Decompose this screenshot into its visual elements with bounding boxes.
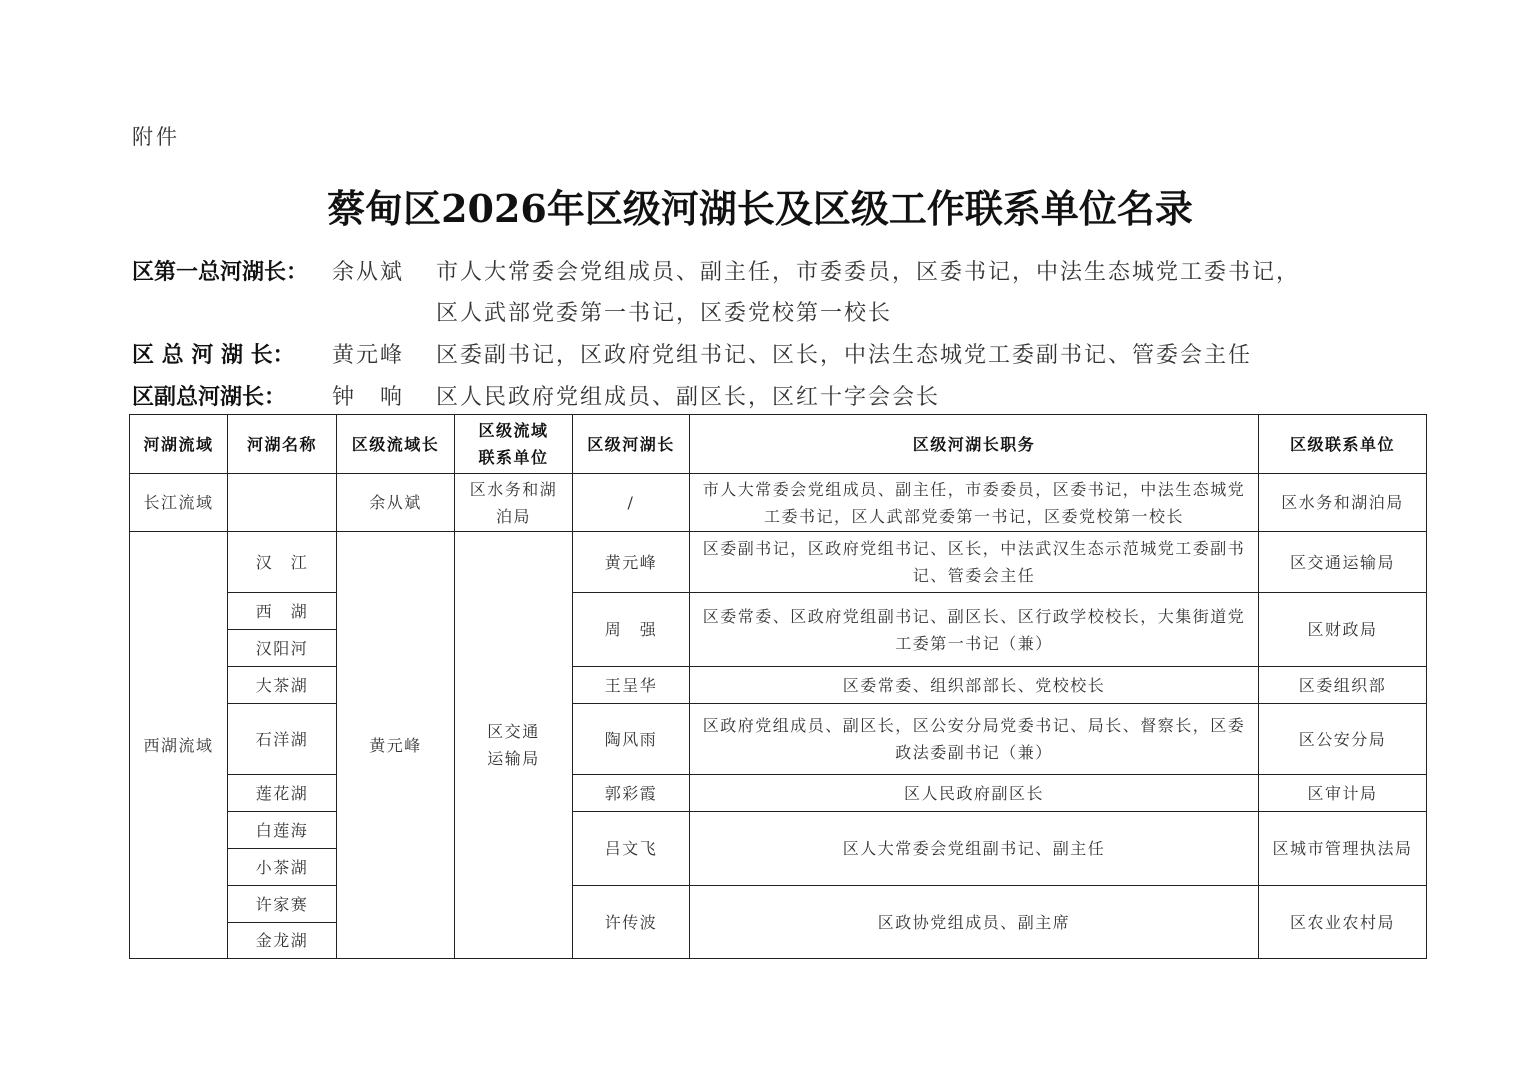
cell-unit: 区交通运输局 xyxy=(1259,532,1427,593)
cell-duty: 区政协党组成员、副主席 xyxy=(690,886,1259,959)
cell-chief: 黄元峰 xyxy=(573,532,690,593)
table-header-row: 河湖流域 河湖名称 区级流域长 区级流域联系单位 区级河湖长 区级河湖长职务 区… xyxy=(130,415,1427,474)
cell-unit: 区委组织部 xyxy=(1259,667,1427,704)
header-river: 河湖名称 xyxy=(228,415,337,474)
table-row: 石洋湖 陶风雨 区政府党组成员、副区长，区公安分局党委书记、局长、督察长，区委政… xyxy=(130,704,1427,775)
table-row: 莲花湖 郭彩霞 区人民政府副区长 区审计局 xyxy=(130,775,1427,812)
cell-basin-chief: 余从斌 xyxy=(337,474,455,532)
cell-duty: 市人大常委会党组成员、副主任，市委委员，区委书记，中法生态城党工委书记，区人武部… xyxy=(690,474,1259,532)
chief-first: 区第一总河湖长：余从斌市人大常委会党组成员、副主任，市委委员，区委书记，中法生态… xyxy=(132,252,1300,334)
cell-basin-unit: 区水务和湖泊局 xyxy=(455,474,573,532)
chief-name: 余从斌 xyxy=(332,252,436,293)
cell-river: 西 湖 xyxy=(228,593,337,630)
cell-duty: 区政府党组成员、副区长，区公安分局党委书记、局长、督察长，区委政法委副书记（兼） xyxy=(690,704,1259,775)
cell-chief: 陶风雨 xyxy=(573,704,690,775)
header-basin-unit-line1: 区级流域 xyxy=(478,421,548,440)
cell-river: 许家赛 xyxy=(228,886,337,923)
cell-basin: 西湖流域 xyxy=(130,532,228,959)
cell-basin-unit: 区交通运输局 xyxy=(455,532,573,959)
chief-label: 区副总河湖长： xyxy=(132,377,332,418)
cell-river: 大茶湖 xyxy=(228,667,337,704)
chief-general: 区 总 河 湖 长：黄元峰区委副书记，区政府党组书记、区长，中法生态城党工委副书… xyxy=(132,335,1252,376)
cell-duty: 区人大常委会党组副书记、副主任 xyxy=(690,812,1259,886)
table-row: 大茶湖 王呈华 区委常委、组织部部长、党校校长 区委组织部 xyxy=(130,667,1427,704)
cell-chief: 吕文飞 xyxy=(573,812,690,886)
cell-duty: 区委副书记，区政府党组书记、区长，中法武汉生态示范城党工委副书记、管委会主任 xyxy=(690,532,1259,593)
attachment-label: 附件 xyxy=(132,121,180,151)
chief-name: 黄元峰 xyxy=(332,335,436,376)
table-row: 长江流域 余从斌 区水务和湖泊局 / 市人大常委会党组成员、副主任，市委委员，区… xyxy=(130,474,1427,532)
header-basin-unit: 区级流域联系单位 xyxy=(455,415,573,474)
chief-label: 区 总 河 湖 长： xyxy=(132,335,332,376)
cell-unit: 区水务和湖泊局 xyxy=(1259,474,1427,532)
chief-duty-cont: 区人武部党委第一书记，区委党校第一校长 xyxy=(132,293,1300,334)
table-row: 西湖流域 汉 江 黄元峰 区交通运输局 黄元峰 区委副书记，区政府党组书记、区长… xyxy=(130,532,1427,593)
cell-duty: 区委常委、组织部部长、党校校长 xyxy=(690,667,1259,704)
cell-unit: 区公安分局 xyxy=(1259,704,1427,775)
cell-chief: 许传波 xyxy=(573,886,690,959)
cell-chief: 王呈华 xyxy=(573,667,690,704)
cell-duty: 区委常委、区政府党组副书记、副区长、区行政学校校长，大集街道党工委第一书记（兼） xyxy=(690,593,1259,667)
cell-unit: 区农业农村局 xyxy=(1259,886,1427,959)
cell-river: 汉阳河 xyxy=(228,630,337,667)
header-duty: 区级河湖长职务 xyxy=(690,415,1259,474)
header-unit: 区级联系单位 xyxy=(1259,415,1427,474)
cell-unit: 区审计局 xyxy=(1259,775,1427,812)
cell-chief: 周 强 xyxy=(573,593,690,667)
cell-river xyxy=(228,474,337,532)
cell-river: 白莲海 xyxy=(228,812,337,849)
cell-duty: 区人民政府副区长 xyxy=(690,775,1259,812)
chief-duty: 区委副书记，区政府党组书记、区长，中法生态城党工委副书记、管委会主任 xyxy=(436,343,1252,368)
roster-table: 河湖流域 河湖名称 区级流域长 区级流域联系单位 区级河湖长 区级河湖长职务 区… xyxy=(129,414,1427,959)
header-chief: 区级河湖长 xyxy=(573,415,690,474)
chief-deputy: 区副总河湖长：钟 响区人民政府党组成员、副区长，区红十字会会长 xyxy=(132,377,940,418)
cell-basin: 长江流域 xyxy=(130,474,228,532)
chief-duty: 市人大常委会党组成员、副主任，市委委员，区委书记，中法生态城党工委书记， xyxy=(436,260,1300,285)
header-basin-unit-line2: 联系单位 xyxy=(478,448,548,467)
header-basin-chief: 区级流域长 xyxy=(337,415,455,474)
chief-name: 钟 响 xyxy=(332,377,436,418)
table-row: 许家赛 许传波 区政协党组成员、副主席 区农业农村局 xyxy=(130,886,1427,923)
cell-unit: 区财政局 xyxy=(1259,593,1427,667)
header-basin: 河湖流域 xyxy=(130,415,228,474)
table-row: 西 湖 周 强 区委常委、区政府党组副书记、副区长、区行政学校校长，大集街道党工… xyxy=(130,593,1427,630)
chief-duty: 区人民政府党组成员、副区长，区红十字会会长 xyxy=(436,385,940,410)
cell-river: 金龙湖 xyxy=(228,923,337,959)
cell-river: 莲花湖 xyxy=(228,775,337,812)
cell-chief: 郭彩霞 xyxy=(573,775,690,812)
cell-basin-chief: 黄元峰 xyxy=(337,532,455,959)
chief-label: 区第一总河湖长： xyxy=(132,252,332,293)
cell-river: 石洋湖 xyxy=(228,704,337,775)
cell-river: 小茶湖 xyxy=(228,849,337,886)
cell-unit: 区城市管理执法局 xyxy=(1259,812,1427,886)
table-row: 白莲海 吕文飞 区人大常委会党组副书记、副主任 区城市管理执法局 xyxy=(130,812,1427,849)
document-title: 蔡甸区2026年区级河湖长及区级工作联系单位名录 xyxy=(0,178,1520,233)
cell-chief: / xyxy=(573,474,690,532)
cell-river: 汉 江 xyxy=(228,532,337,593)
